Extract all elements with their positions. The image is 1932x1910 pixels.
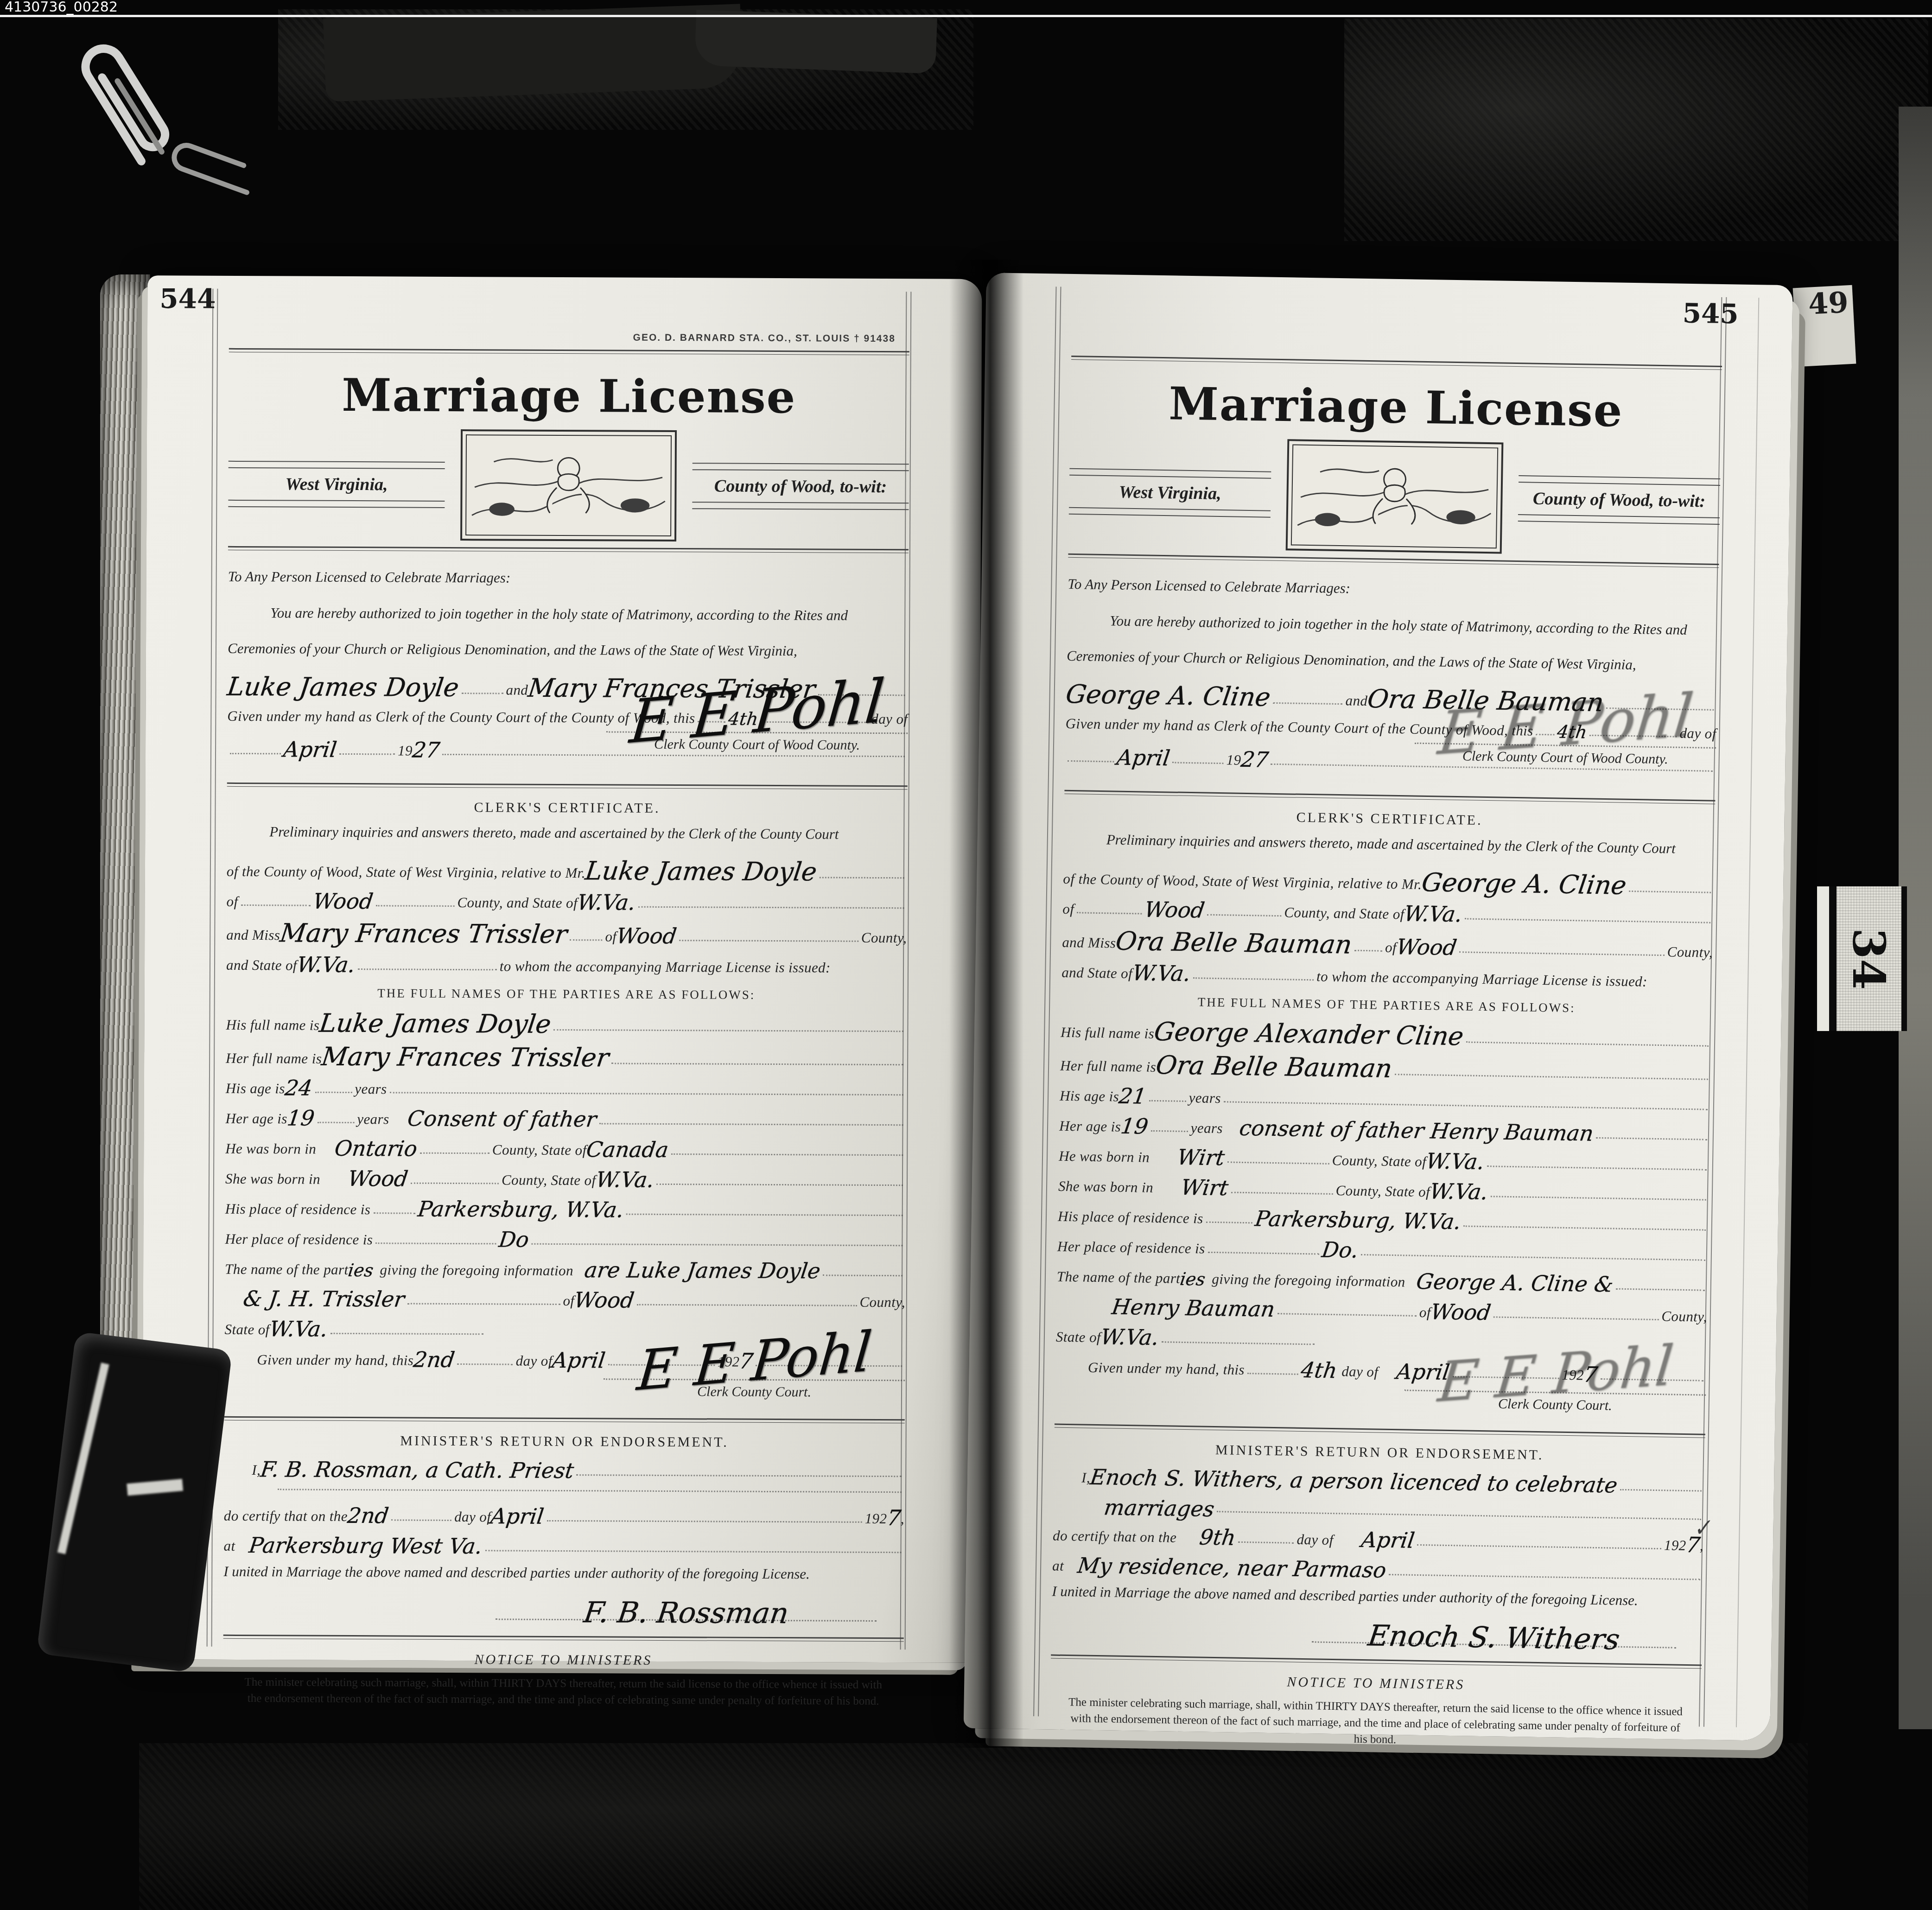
form-title: Marriage License: [229, 368, 909, 424]
dotted-line: [241, 904, 311, 906]
given-hand-label: Given under my hand, this: [1088, 1359, 1245, 1378]
bride-state-line: and State of W.Va. to whom the accompany…: [1061, 961, 1713, 991]
her-full-name-label: Her full name is: [226, 1050, 322, 1067]
and-miss-label: and Miss: [226, 927, 280, 944]
informants-state-handwriting: W.Va.: [268, 1320, 329, 1338]
relative-line: of the County of Wood, State of West Vir…: [1063, 864, 1714, 898]
informants-handwriting: are Luke James Doyle: [583, 1261, 821, 1280]
years-label: years: [1188, 1089, 1221, 1107]
preliminary-line: Preliminary inquiries and answers theret…: [1063, 828, 1715, 860]
marry-month-handwriting: April: [1360, 1531, 1415, 1550]
form-title: Marriage License: [1070, 376, 1722, 439]
of-label: of: [227, 893, 238, 910]
clamp-highlight: [127, 1479, 183, 1496]
dotted-line: [1077, 912, 1142, 914]
groom-county-line: of Wood County, and State of W.Va.: [227, 890, 907, 913]
dotted-line: [1629, 891, 1711, 893]
his-birth-county-handwriting: Wirt: [1176, 1148, 1226, 1167]
to-whom-label: to whom the accompanying Marriage Licens…: [1316, 968, 1647, 990]
rule: [224, 1416, 905, 1423]
her-age-handwriting: 19: [1120, 1117, 1150, 1136]
giving-info-label: giving the foregoing information: [1212, 1271, 1405, 1291]
dotted-line: [1354, 950, 1382, 952]
his-age-line: His age is 24 years: [226, 1077, 906, 1100]
marry-year-handwriting: 7: [886, 1509, 902, 1527]
relative-text: of the County of Wood, State of West Vir…: [1063, 871, 1422, 893]
dotted-line: [373, 1212, 415, 1214]
name-of-part-label: The name of the part: [225, 1261, 348, 1278]
spacer: [1071, 329, 1722, 359]
her-birth-state-handwriting: W.Va.: [595, 1171, 655, 1189]
informants-handwriting: George A. Cline &: [1415, 1273, 1614, 1294]
her-residence-line: Her place of residence is Do.: [1057, 1235, 1709, 1265]
of-label: of: [605, 928, 616, 945]
dotted-line: [1151, 1130, 1188, 1132]
dotted-line: [358, 968, 497, 970]
bride-county-line: and Miss Mary Frances Trissler of Wood C…: [226, 920, 907, 946]
dotted-line: [679, 940, 858, 942]
cert-clerk-signature: E E Pohl: [635, 1329, 873, 1393]
cherub-engraving-icon: [465, 434, 672, 536]
authorization-line2: Ceremonies of your Church or Religious D…: [1067, 645, 1718, 677]
cherub-engraving-icon: [1291, 444, 1498, 548]
dotted-line: [1459, 951, 1665, 956]
marry-month-handwriting: April: [490, 1507, 545, 1526]
rule: [1069, 468, 1271, 479]
scan-top-line: [0, 15, 1932, 17]
informant2-handwriting: & J. H. Trissler: [242, 1290, 406, 1309]
county-and-state-label: County, and State of: [1284, 904, 1405, 923]
checkmark-annotation: ✓: [1691, 1514, 1713, 1542]
bride-county-handwriting: Wood: [616, 927, 678, 946]
informant2-handwriting: Henry Bauman: [1111, 1298, 1276, 1319]
dotted-line: [637, 1304, 857, 1306]
he-was-born-label: He was born in: [1059, 1148, 1150, 1166]
license-year-handwriting: 27: [1240, 750, 1270, 769]
groom-county-handwriting: Wood: [312, 892, 374, 911]
license-issue-block: Given under my hand as Clerk of the Coun…: [1065, 714, 1716, 776]
day-of-label: day of: [1341, 1363, 1379, 1380]
bride-county-handwriting: Wood: [1395, 938, 1457, 957]
do-certify-label: do certify that on the: [224, 1508, 348, 1525]
rule: [1519, 475, 1720, 486]
dotted-line: [599, 1123, 903, 1126]
county-state-of-label: County, State of: [502, 1171, 596, 1189]
scanned-book-photo: 4130736_00282 544 GEO. D. BARNARD STA. C…: [0, 0, 1932, 1910]
her-residence-handwriting: Do.: [1321, 1241, 1360, 1260]
county-side: County of Wood, to-wit:: [692, 457, 909, 516]
clerks-certificate-heading: CLERK'S CERTIFICATE.: [227, 798, 907, 817]
dotted-line: [390, 1092, 903, 1095]
his-full-name-label: His full name is: [1061, 1024, 1154, 1042]
rule: [1051, 1655, 1702, 1669]
dotted-line: [462, 693, 503, 694]
her-born-line: She was born in Wood County, State of W.…: [225, 1167, 906, 1190]
of-label: of: [1385, 939, 1397, 956]
bride-state-line: and State of W.Va. to whom the accompany…: [226, 954, 907, 976]
marriage-date-line: do certify that on the 9th day of April …: [1053, 1524, 1704, 1554]
rule: [1518, 514, 1720, 525]
minister-line2: marriages: [1053, 1496, 1704, 1524]
dotted-line: [1620, 1489, 1702, 1492]
ministers-return-heading: MINISTER'S RETURN OR ENDORSEMENT.: [224, 1432, 904, 1451]
certificate-date-block: Given under my hand, this 2nd day of Apr…: [224, 1348, 905, 1371]
full-names-heading: THE FULL NAMES OF THE PARTIES ARE AS FOL…: [1061, 993, 1712, 1018]
minister-line1: I, Enoch S. Withers, a person licenced t…: [1081, 1466, 1705, 1496]
dotted-line: [547, 1520, 862, 1523]
cert-clerk-signature-block: E E Pohl Clerk County Court.: [604, 1338, 905, 1401]
her-age-label: Her age is: [1059, 1118, 1121, 1135]
groom-name-handwriting: Luke James Doyle: [226, 675, 460, 698]
salutation: To Any Person Licensed to Celebrate Marr…: [1068, 573, 1719, 605]
his-born-line: He was born in Ontario County, State of …: [225, 1137, 906, 1160]
state-side: West Virginia,: [1069, 463, 1271, 523]
informants-line: The name of the part ies giving the fore…: [1057, 1265, 1708, 1295]
dotted-line: [823, 1274, 902, 1276]
dotted-line: [1217, 1511, 1701, 1520]
dotted-line: [532, 1243, 903, 1246]
of-label: of: [563, 1292, 574, 1309]
his-age-handwriting: 24: [284, 1079, 313, 1097]
her-full-name-line: Her full name is Mary Frances Trissler: [226, 1044, 906, 1070]
cert-groom-handwriting: Luke James Doyle: [584, 860, 818, 883]
her-full-name-handwriting: Mary Frances Trissler: [320, 1046, 610, 1069]
and-miss-label: and Miss: [1062, 934, 1116, 952]
dotted-line: [1231, 1192, 1333, 1195]
book-spine-shadow: [949, 260, 1023, 1748]
dotted-line: [638, 906, 904, 909]
informants-line2: Henry Bauman of Wood County,: [1056, 1295, 1708, 1325]
state-label: West Virginia,: [1069, 481, 1271, 505]
his-full-name-label: His full name is: [226, 1017, 319, 1034]
relative-text: of the County of Wood, State of West Vir…: [227, 863, 585, 881]
dotted-line: [626, 1214, 903, 1216]
years-label: years: [1190, 1120, 1223, 1137]
and-state-of-label: and State of: [1061, 964, 1132, 982]
under-page-edge-number: 49: [1793, 285, 1856, 367]
dotted-line: [1224, 1101, 1708, 1110]
cert-clerk-signature: E E Pohl: [1436, 1343, 1675, 1405]
state-side: West Virginia,: [228, 455, 445, 514]
dotted-line: [230, 752, 281, 754]
county-state-of-label: County, State of: [492, 1141, 587, 1159]
book-page-right: 545 Marriage License West Virginia,: [964, 273, 1793, 1741]
year-19-printed: 19: [1226, 751, 1241, 768]
dotted-line: [1068, 760, 1114, 762]
relative-line: of the County of Wood, State of West Vir…: [227, 857, 907, 883]
groom-state-handwriting: W.Va.: [577, 893, 637, 912]
minister-signature-block: F. B. Rossman: [496, 1598, 877, 1622]
authorization-line1: You are hereby authorized to join togeth…: [1067, 609, 1718, 641]
state-label: West Virginia,: [228, 474, 445, 495]
dotted-line: [1389, 1574, 1700, 1580]
do-certify-label: do certify that on the: [1053, 1528, 1177, 1546]
her-residence-line: Her place of residence is Do: [225, 1228, 905, 1250]
his-age-line: His age is 21 years: [1060, 1084, 1711, 1114]
dotted-line: [1207, 914, 1281, 917]
marriage-place-handwriting: Parkersburg West Va.: [248, 1536, 483, 1555]
scan-file-label: 4130736_00282: [5, 0, 118, 15]
full-names-heading: THE FULL NAMES OF THE PARTIES ARE AS FOL…: [226, 986, 907, 1003]
county-side: County of Wood, to-wit:: [1518, 470, 1721, 530]
informants-line: The name of the part ies giving the fore…: [225, 1258, 905, 1280]
county-comma-label: County,: [1661, 1308, 1707, 1325]
bride-state-handwriting: W.Va.: [1131, 964, 1192, 983]
dotted-line: [278, 1489, 902, 1493]
years-label: years: [355, 1081, 387, 1097]
bride-state-handwriting: W.Va.: [296, 956, 356, 974]
dotted-line: [407, 1303, 560, 1305]
year-192-printed: 192: [1664, 1537, 1686, 1554]
his-full-name-line: His full name is George Alexander Cline: [1061, 1018, 1712, 1051]
rule: [1069, 507, 1271, 518]
minister-signature: F. B. Rossman: [582, 1600, 790, 1626]
his-age-label: His age is: [226, 1080, 285, 1097]
dotted-line: [611, 1063, 903, 1065]
rule: [692, 502, 909, 510]
rule: [1064, 789, 1715, 804]
giving-info-label: giving the foregoing information: [380, 1261, 573, 1279]
dotted-line: [570, 939, 602, 941]
marry-day-handwriting: 2nd: [346, 1507, 389, 1525]
of-label: of: [1062, 901, 1074, 917]
his-age-label: His age is: [1060, 1088, 1119, 1105]
day-of-label: day of: [1296, 1531, 1334, 1548]
informants-state-handwriting: W.Va.: [1099, 1328, 1160, 1347]
rule: [228, 500, 445, 508]
consent-note-handwriting: consent of father Henry Bauman: [1238, 1119, 1595, 1143]
state-county-header: West Virginia,: [228, 428, 909, 542]
she-was-born-label: She was born in: [1058, 1178, 1153, 1196]
name-of-part-label: The name of the part: [1057, 1268, 1181, 1287]
groom-county-line: of Wood County, and State of W.Va.: [1062, 898, 1714, 928]
his-birth-state-handwriting: Canada: [585, 1140, 670, 1159]
at-label: at: [223, 1538, 235, 1554]
dotted-line: [820, 877, 904, 879]
groom-name-handwriting: George A. Cline: [1065, 683, 1272, 708]
dotted-line: [1238, 1541, 1294, 1544]
at-label: at: [1052, 1558, 1064, 1574]
dotted-line: [577, 1474, 902, 1477]
her-full-name-handwriting: Ora Belle Bauman: [1155, 1054, 1393, 1080]
rule: [229, 461, 445, 469]
index-tab: 34: [1829, 886, 1907, 1031]
her-age-line: Her age is 19 years Consent of father: [226, 1107, 906, 1130]
day-of-label: day of: [454, 1509, 491, 1525]
she-was-born-label: She was born in: [225, 1171, 320, 1188]
marry-day-handwriting: 9th: [1199, 1528, 1237, 1547]
dotted-line: [315, 1092, 352, 1093]
her-age-label: Her age is: [226, 1110, 287, 1127]
dotted-line: [1277, 1313, 1417, 1317]
dotted-line: [1465, 918, 1710, 923]
and-state-of-label: and State of: [226, 957, 297, 974]
notice-body: The minister celebrating such marriage, …: [1062, 1694, 1688, 1752]
his-birth-state-handwriting: W.Va.: [1425, 1152, 1485, 1171]
cover-texture: [1344, 19, 1928, 241]
dotted-line: [1149, 1100, 1186, 1102]
his-full-name-handwriting: Luke James Doyle: [318, 1012, 552, 1035]
he-was-born-label: He was born in: [225, 1140, 316, 1158]
cert-bride-handwriting: Mary Frances Trissler: [279, 922, 568, 945]
his-birth-county-handwriting: Ontario: [334, 1140, 419, 1158]
dotted-line: [1487, 1165, 1707, 1170]
dotted-line: [1361, 1254, 1705, 1261]
her-residence-label: Her place of residence is: [225, 1231, 373, 1248]
authorization-line2: Ceremonies of your Church or Religious D…: [228, 638, 908, 662]
her-residence-label: Her place of residence is: [1057, 1238, 1205, 1257]
cert-day-handwriting: 4th: [1300, 1361, 1338, 1380]
dotted-line: [339, 753, 395, 755]
preliminary-line: Preliminary inquiries and answers theret…: [227, 821, 907, 845]
rule: [227, 782, 908, 789]
notice-body: The minister celebrating such marriage, …: [236, 1674, 890, 1709]
dotted-line: [442, 753, 905, 757]
of-label: of: [1419, 1304, 1431, 1321]
dotted-line: [1206, 1222, 1252, 1224]
dotted-line: [1173, 762, 1224, 764]
county-comma-label: County,: [861, 930, 907, 946]
cherub-vignette: [1286, 439, 1504, 554]
consent-note-handwriting: Consent of father: [407, 1110, 597, 1129]
state-county-header: West Virginia,: [1068, 436, 1721, 557]
dotted-line: [1466, 1041, 1709, 1046]
his-age-handwriting: 21: [1118, 1087, 1147, 1106]
notice-heading: NOTICE TO MINISTERS: [1050, 1671, 1701, 1697]
county-comma-label: County,: [859, 1294, 905, 1311]
cert-day-handwriting: 2nd: [413, 1351, 456, 1369]
dotted-line: [1417, 1544, 1661, 1549]
county-and-state-label: County, and State of: [457, 894, 578, 911]
county-state-of-label: County, State of: [1335, 1182, 1430, 1200]
rule: [229, 348, 909, 355]
given-hand-label: Given under my hand, this: [257, 1351, 413, 1369]
united-line: I united in Marriage the above named and…: [223, 1561, 904, 1585]
united-line: I united in Marriage the above named and…: [1052, 1581, 1703, 1613]
state-of-label: State of: [225, 1321, 270, 1338]
his-residence-handwriting: Parkersburg, W.Va.: [417, 1200, 625, 1219]
dotted-line: [1247, 1373, 1298, 1375]
torn-paper: [694, 10, 937, 74]
dotted-line: [317, 1122, 354, 1123]
his-residence-line: His place of residence is Parkersburg, W…: [225, 1197, 906, 1220]
dotted-line: [1596, 1137, 1707, 1140]
part-suffix-handwriting: ies: [347, 1263, 374, 1278]
authorization-line1: You are hereby authorized to join togeth…: [228, 602, 908, 626]
dotted-line: [1616, 1288, 1705, 1291]
license-year-handwriting: 27: [411, 741, 441, 759]
dotted-line: [656, 1184, 903, 1186]
groom-county-handwriting: Wood: [1144, 901, 1206, 920]
minister-signature: Enoch S. Withers: [1366, 1623, 1621, 1652]
clerk-signature: E E Pohl: [628, 677, 886, 746]
license-issue-block: Given under my hand as Clerk of the Coun…: [227, 707, 908, 761]
to-whom-label: to whom the accompanying Marriage Licens…: [500, 958, 831, 976]
license-month-handwriting: April: [283, 740, 338, 759]
year-192-printed: 192: [865, 1510, 887, 1527]
dotted-line: [553, 1029, 903, 1032]
rule: [1055, 1424, 1705, 1438]
minister-signature-block: Enoch S. Withers: [1311, 1621, 1676, 1649]
informants-county-handwriting: Wood: [1430, 1303, 1492, 1322]
dotted-line: [411, 1183, 499, 1184]
dotted-line: [1208, 1252, 1319, 1255]
dotted-line: [1395, 1074, 1708, 1080]
part-suffix-handwriting: ies: [1179, 1272, 1207, 1287]
clerk-signature: E E Pohl: [1436, 692, 1695, 758]
state-of-label: State of: [1056, 1329, 1101, 1346]
dotted-line: [485, 1550, 901, 1553]
dotted-line: [1193, 977, 1314, 980]
cherub-vignette: [460, 429, 677, 541]
tab-number: 34: [1843, 928, 1895, 990]
dotted-line: [376, 905, 455, 907]
dotted-line: [458, 1363, 513, 1365]
bride-county-line: and Miss Ora Belle Bauman of Wood County…: [1062, 928, 1713, 961]
cert-groom-handwriting: George A. Cline: [1420, 872, 1627, 897]
clerk-signature-block: E E Pohl Clerk County Court of Wood Coun…: [606, 688, 908, 753]
day-of-label: day of: [516, 1353, 553, 1369]
salutation: To Any Person Licensed to Celebrate Marr…: [228, 566, 909, 591]
her-residence-handwriting: Do: [498, 1230, 530, 1248]
his-residence-line: His place of residence is Parkersburg, W…: [1058, 1205, 1709, 1235]
county-label: County of Wood, to-wit:: [1518, 488, 1720, 512]
printer-mark: GEO. D. BARNARD STA. CO., ST. LOUIS † 91…: [229, 331, 896, 344]
dotted-line: [330, 1333, 483, 1335]
rule: [228, 546, 909, 553]
ministers-return-heading: MINISTER'S RETURN OR ENDORSEMENT.: [1054, 1440, 1705, 1466]
informants-line2: & J. H. Trissler of Wood County,: [225, 1288, 905, 1311]
minister-line2: [224, 1489, 904, 1497]
county-state-of-label: County, State of: [1332, 1152, 1426, 1170]
cert-clerk-signature-block: E E Pohl Clerk County Court.: [1405, 1350, 1707, 1415]
dotted-line: [391, 1519, 451, 1521]
book-page-left: 544 GEO. D. BARNARD STA. CO., ST. LOUIS …: [141, 275, 982, 1663]
cert-month-handwriting: April: [551, 1351, 606, 1370]
dotted-line: [420, 1152, 489, 1154]
year-19-printed: 19: [398, 742, 413, 759]
her-age-handwriting: 19: [286, 1109, 316, 1127]
and-label: and: [1345, 692, 1367, 709]
dotted-line: [1493, 1316, 1659, 1320]
dotted-line: [671, 1153, 903, 1156]
years-label: years: [357, 1111, 389, 1127]
marriage-place-line: at My residence, near Parmaso: [1052, 1554, 1703, 1585]
dotted-line: [1463, 1225, 1706, 1230]
his-born-line: He was born in Wirt County, State of W.V…: [1059, 1145, 1710, 1175]
groom-state-handwriting: W.Va.: [1403, 904, 1463, 923]
her-birth-county-handwriting: Wood: [347, 1170, 409, 1188]
informants-county-handwriting: Wood: [573, 1291, 636, 1310]
certificate-date-block: Given under my hand, this 4th day of Apr…: [1055, 1356, 1707, 1386]
his-residence-label: His place of residence is: [1058, 1208, 1203, 1227]
marriage-place-line: at Parkersburg West Va.: [223, 1534, 904, 1557]
her-full-name-label: Her full name is: [1060, 1057, 1157, 1076]
his-full-name-line: His full name is Luke James Doyle: [226, 1010, 906, 1036]
marriage-date-line: do certify that on the 2nd day of April …: [224, 1504, 904, 1527]
clerks-certificate-heading: CLERK'S CERTIFICATE.: [1064, 806, 1715, 832]
his-full-name-handwriting: George Alexander Cline: [1153, 1021, 1465, 1047]
her-birth-county-handwriting: Wirt: [1180, 1178, 1229, 1197]
her-born-line: She was born in Wirt County, State of W.…: [1058, 1175, 1710, 1205]
marriage-place-handwriting: My residence, near Parmaso: [1076, 1557, 1387, 1579]
her-full-name-line: Her full name is Ora Belle Bauman: [1060, 1051, 1711, 1084]
and-label: and: [506, 681, 528, 698]
cover-texture: [139, 1743, 1808, 1910]
license-month-handwriting: April: [1116, 748, 1171, 767]
minister-name-handwriting: F. B. Rossman, a Cath. Priest: [260, 1460, 575, 1480]
dotted-line: [1162, 1341, 1315, 1345]
